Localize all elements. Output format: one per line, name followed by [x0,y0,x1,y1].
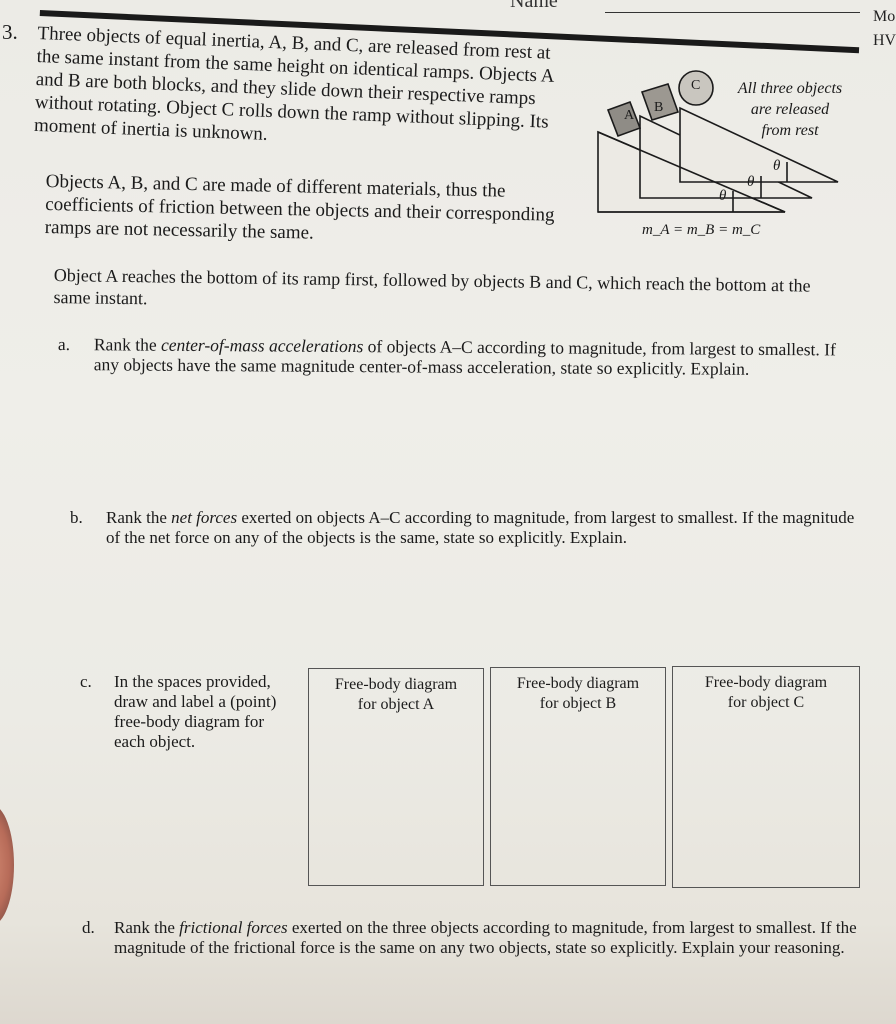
caption-line-1: All three objects [720,78,860,99]
diagram-caption: All three objects are released from rest [720,78,860,141]
part-d-label: d. [82,918,95,938]
side-text-1: Mo [873,8,895,26]
object-c-label: C [691,78,700,94]
part-a-label: a. [58,334,70,354]
part-c: c. In the spaces provided, draw and labe… [80,672,280,752]
angle-label-a: θ [719,188,726,205]
part-b: b. Rank the net forces exerted on object… [70,508,860,548]
problem-number: 3. [2,20,18,45]
problem-intro: Three objects of equal inertia, A, B, an… [34,22,578,158]
fbd-c-title: Free-body diagram [673,673,859,693]
finger-shadow [0,805,14,925]
ramp-diagram: A B C θ θ θ All three objects are releas… [580,70,870,250]
caption-line-2: are released [720,99,860,120]
part-a-emphasis: center-of-mass accelerations [161,335,363,356]
part-d-emphasis: frictional forces [179,918,287,937]
part-d-text: Rank the frictional forces exerted on th… [114,918,882,958]
part-b-text: Rank the net forces exerted on objects A… [106,508,860,548]
part-b-emphasis: net forces [171,508,237,527]
fbd-b-subtitle: for object B [491,694,665,714]
fbd-c-subtitle: for object C [673,693,859,713]
fbd-a-subtitle: for object A [309,695,483,715]
part-b-label: b. [70,508,83,528]
part-c-text: In the spaces provided, draw and label a… [114,672,280,752]
mass-equation: m_A = m_B = m_C [642,222,760,239]
side-text-2: HV [873,32,896,50]
angle-label-c: θ [773,158,780,175]
fbd-box-c[interactable]: Free-body diagram for object C [672,666,860,888]
object-a-label: A [624,108,634,124]
fbd-a-title: Free-body diagram [309,675,483,695]
name-label: Name [510,0,558,13]
name-line [605,12,860,13]
part-a: a. Rank the center-of-mass accelerations… [58,334,838,379]
caption-line-3: from rest [720,120,860,141]
object-b-label: B [654,100,663,116]
fbd-b-title: Free-body diagram [491,674,665,694]
part-b-pre: Rank the [106,508,171,527]
angle-label-b: θ [747,174,754,191]
fbd-box-b[interactable]: Free-body diagram for object B [490,667,666,886]
part-c-label: c. [80,672,92,692]
problem-result: Object A reaches the bottom of its ramp … [53,264,824,319]
part-a-pre: Rank the [94,334,161,354]
part-a-text: Rank the center-of-mass accelerations of… [94,334,838,379]
fbd-box-a[interactable]: Free-body diagram for object A [308,668,484,886]
part-d-pre: Rank the [114,918,179,937]
part-d: d. Rank the frictional forces exerted on… [82,918,882,958]
problem-materials: Objects A, B, and C are made of differen… [45,170,566,250]
